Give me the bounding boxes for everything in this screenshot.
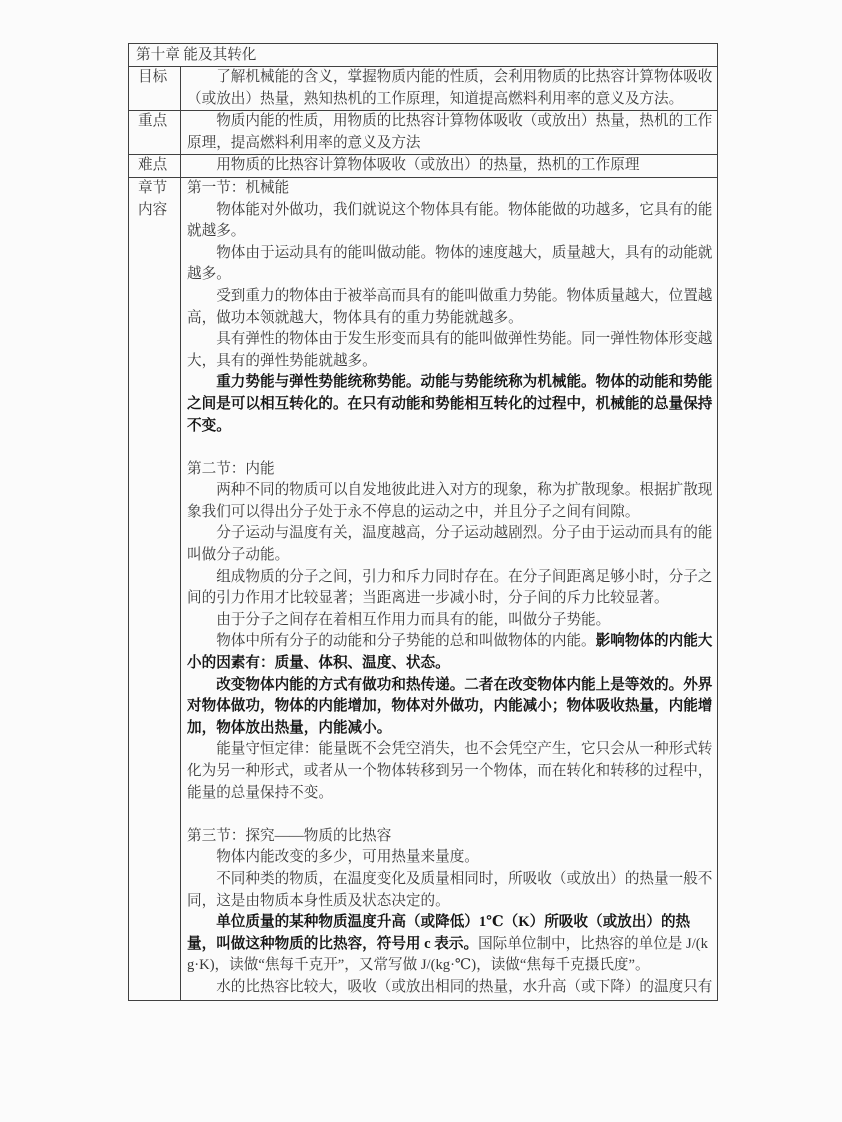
paragraph: 水的比热容比较大，吸收（或放出相同的热量，水升高（或下降）的温度只有	[187, 977, 714, 999]
text-run: 第一节：机械能	[187, 180, 289, 196]
row-content-difficulty: 用物质的比热容计算物体吸收（或放出）的热量，热机的工作原理	[181, 155, 717, 177]
row-label-chapter-content: 章节 内容	[129, 178, 181, 1000]
paragraph: 物体中所有分子的动能和分子势能的总和叫做物体的内能。影响物体的内能大小的因素有：…	[187, 631, 714, 674]
text-run: 不同种类的物质，在温度变化及质量相同时，所吸收（或放出）的热量一般不同，这是由物…	[187, 871, 712, 909]
row-content-keypoint: 物质内能的性质，用物质的比热容计算物体吸收（或放出）热量，热机的工作原理，提高燃…	[181, 111, 717, 154]
text-run: 由于分子之间存在着相互作用力而具有的能，叫做分子势能。	[216, 612, 610, 628]
text-run: 物体内能改变的多少，可用热量来量度。	[216, 849, 479, 865]
paragraph: 能量守恒定律：能量既不会凭空消失，也不会凭空产生，它只会从一种形式转化为另一种形…	[187, 739, 714, 804]
text-run: 受到重力的物体由于被举高而具有的能叫做重力势能。物体质量越大，位置越高，做功本领…	[187, 288, 712, 326]
text-run: 物体中所有分子的动能和分子势能的总和叫做物体的内能。	[216, 633, 595, 649]
paragraph: 组成物质的分子之间，引力和斥力同时存在。在分子间距离足够小时，分子之间的引力作用…	[187, 567, 714, 610]
paragraph: 物质内能的性质，用物质的比热容计算物体吸收（或放出）热量，热机的工作原理，提高燃…	[187, 111, 714, 154]
row-label-difficulty: 难点	[129, 155, 181, 177]
text-run: 物质内能的性质，用物质的比热容计算物体吸收（或放出）热量，热机的工作原理，提高燃…	[187, 113, 712, 151]
paragraph: 由于分子之间存在着相互作用力而具有的能，叫做分子势能。	[187, 610, 714, 632]
scanned-document-page: { "colors": { "page_background": "#fbfbf…	[0, 0, 842, 1122]
paragraph: 重力势能与弹性势能统称势能。动能与势能统称为机械能。物体的动能和势能之间是可以相…	[187, 372, 714, 437]
text-run: 分子运动与温度有关，温度越高，分子运动越剧烈。分子由于运动而具有的能叫做分子动能…	[187, 525, 712, 563]
row-content-chapter-content: 第一节：机械能物体能对外做功，我们就说这个物体具有能。物体能做的功越多，它具有的…	[181, 178, 717, 1000]
text-run: 第二节：内能	[187, 461, 275, 477]
row-label-goal: 目标	[129, 67, 181, 110]
paragraph: 不同种类的物质，在温度变化及质量相同时，所吸收（或放出）的热量一般不同，这是由物…	[187, 869, 714, 912]
table-row-goal: 目标 了解机械能的含义，掌握物质内能的性质，会利用物质的比热容计算物体吸收（或放…	[129, 67, 717, 111]
paragraph: 用物质的比热容计算物体吸收（或放出）的热量，热机的工作原理	[187, 155, 714, 177]
text-run: 水的比热容比较大，吸收（或放出相同的热量，水升高（或下降）的温度只有	[216, 979, 712, 995]
table-row-keypoint: 重点 物质内能的性质，用物质的比热容计算物体吸收（或放出）热量，热机的工作原理，…	[129, 111, 717, 155]
paragraph: 物体内能改变的多少，可用热量来量度。	[187, 847, 714, 869]
text-run: 两种不同的物质可以自发地彼此进入对方的现象，称为扩散现象。根据扩散现象我们可以得…	[187, 482, 712, 520]
paragraph: 改变物体内能的方式有做功和热传递。二者在改变物体内能上是等效的。外界对物体做功，…	[187, 675, 714, 740]
paragraph: 具有弹性的物体由于发生形变而具有的能叫做弹性势能。同一弹性物体形变越大，具有的弹…	[187, 329, 714, 372]
bold-text-run: 改变物体内能的方式有做功和热传递。二者在改变物体内能上是等效的。外界对物体做功，…	[187, 677, 712, 736]
row-content-goal: 了解机械能的含义，掌握物质内能的性质，会利用物质的比热容计算物体吸收（或放出）热…	[181, 67, 717, 110]
lesson-plan-table: 第十章 能及其转化 目标 了解机械能的含义，掌握物质内能的性质，会利用物质的比热…	[128, 43, 718, 1001]
text-run: 了解机械能的含义，掌握物质内能的性质，会利用物质的比热容计算物体吸收（或放出）热…	[187, 69, 712, 107]
paragraph: 第二节：内能	[187, 459, 714, 481]
paragraph: 第一节：机械能	[187, 178, 714, 200]
text-run: 具有弹性的物体由于发生形变而具有的能叫做弹性势能。同一弹性物体形变越大，具有的弹…	[187, 331, 712, 369]
text-run: 能量守恒定律：能量既不会凭空消失，也不会凭空产生，它只会从一种形式转化为另一种形…	[187, 741, 712, 800]
blank-line	[187, 437, 714, 459]
text-run: 第三节：探究——物质的比热容	[187, 828, 391, 844]
bold-text-run: 重力势能与弹性势能统称势能。动能与势能统称为机械能。物体的动能和势能之间是可以相…	[187, 374, 712, 433]
label-line-2: 内容	[138, 200, 178, 222]
chapter-title: 第十章 能及其转化	[129, 44, 717, 66]
row-label-keypoint: 重点	[129, 111, 181, 154]
paragraph: 两种不同的物质可以自发地彼此进入对方的现象，称为扩散现象。根据扩散现象我们可以得…	[187, 480, 714, 523]
paragraph: 第三节：探究——物质的比热容	[187, 826, 714, 848]
paragraph: 单位质量的某种物质温度升高（或降低）1℃（K）所吸收（或放出）的热量，叫做这种物…	[187, 912, 714, 977]
chapter-title-row: 第十章 能及其转化	[129, 44, 717, 67]
paragraph: 分子运动与温度有关，温度越高，分子运动越剧烈。分子由于运动而具有的能叫做分子动能…	[187, 523, 714, 566]
paragraph: 了解机械能的含义，掌握物质内能的性质，会利用物质的比热容计算物体吸收（或放出）热…	[187, 67, 714, 110]
text-run: 组成物质的分子之间，引力和斥力同时存在。在分子间距离足够小时，分子之间的引力作用…	[187, 569, 712, 607]
table-row-chapter-content: 章节 内容 第一节：机械能物体能对外做功，我们就说这个物体具有能。物体能做的功越…	[129, 178, 717, 1000]
paragraph: 物体能对外做功，我们就说这个物体具有能。物体能做的功越多，它具有的能就越多。	[187, 200, 714, 243]
text-run: 用物质的比热容计算物体吸收（或放出）的热量，热机的工作原理	[216, 157, 639, 173]
paragraph: 受到重力的物体由于被举高而具有的能叫做重力势能。物体质量越大，位置越高，做功本领…	[187, 286, 714, 329]
table-row-difficulty: 难点 用物质的比热容计算物体吸收（或放出）的热量，热机的工作原理	[129, 155, 717, 178]
blank-line	[187, 804, 714, 826]
text-run: 物体由于运动具有的能叫做动能。物体的速度越大，质量越大，具有的动能就越多。	[187, 245, 712, 283]
label-line-1: 章节	[138, 178, 178, 200]
paragraph: 物体由于运动具有的能叫做动能。物体的速度越大，质量越大，具有的动能就越多。	[187, 243, 714, 286]
text-run: 物体能对外做功，我们就说这个物体具有能。物体能做的功越多，它具有的能就越多。	[187, 202, 712, 240]
